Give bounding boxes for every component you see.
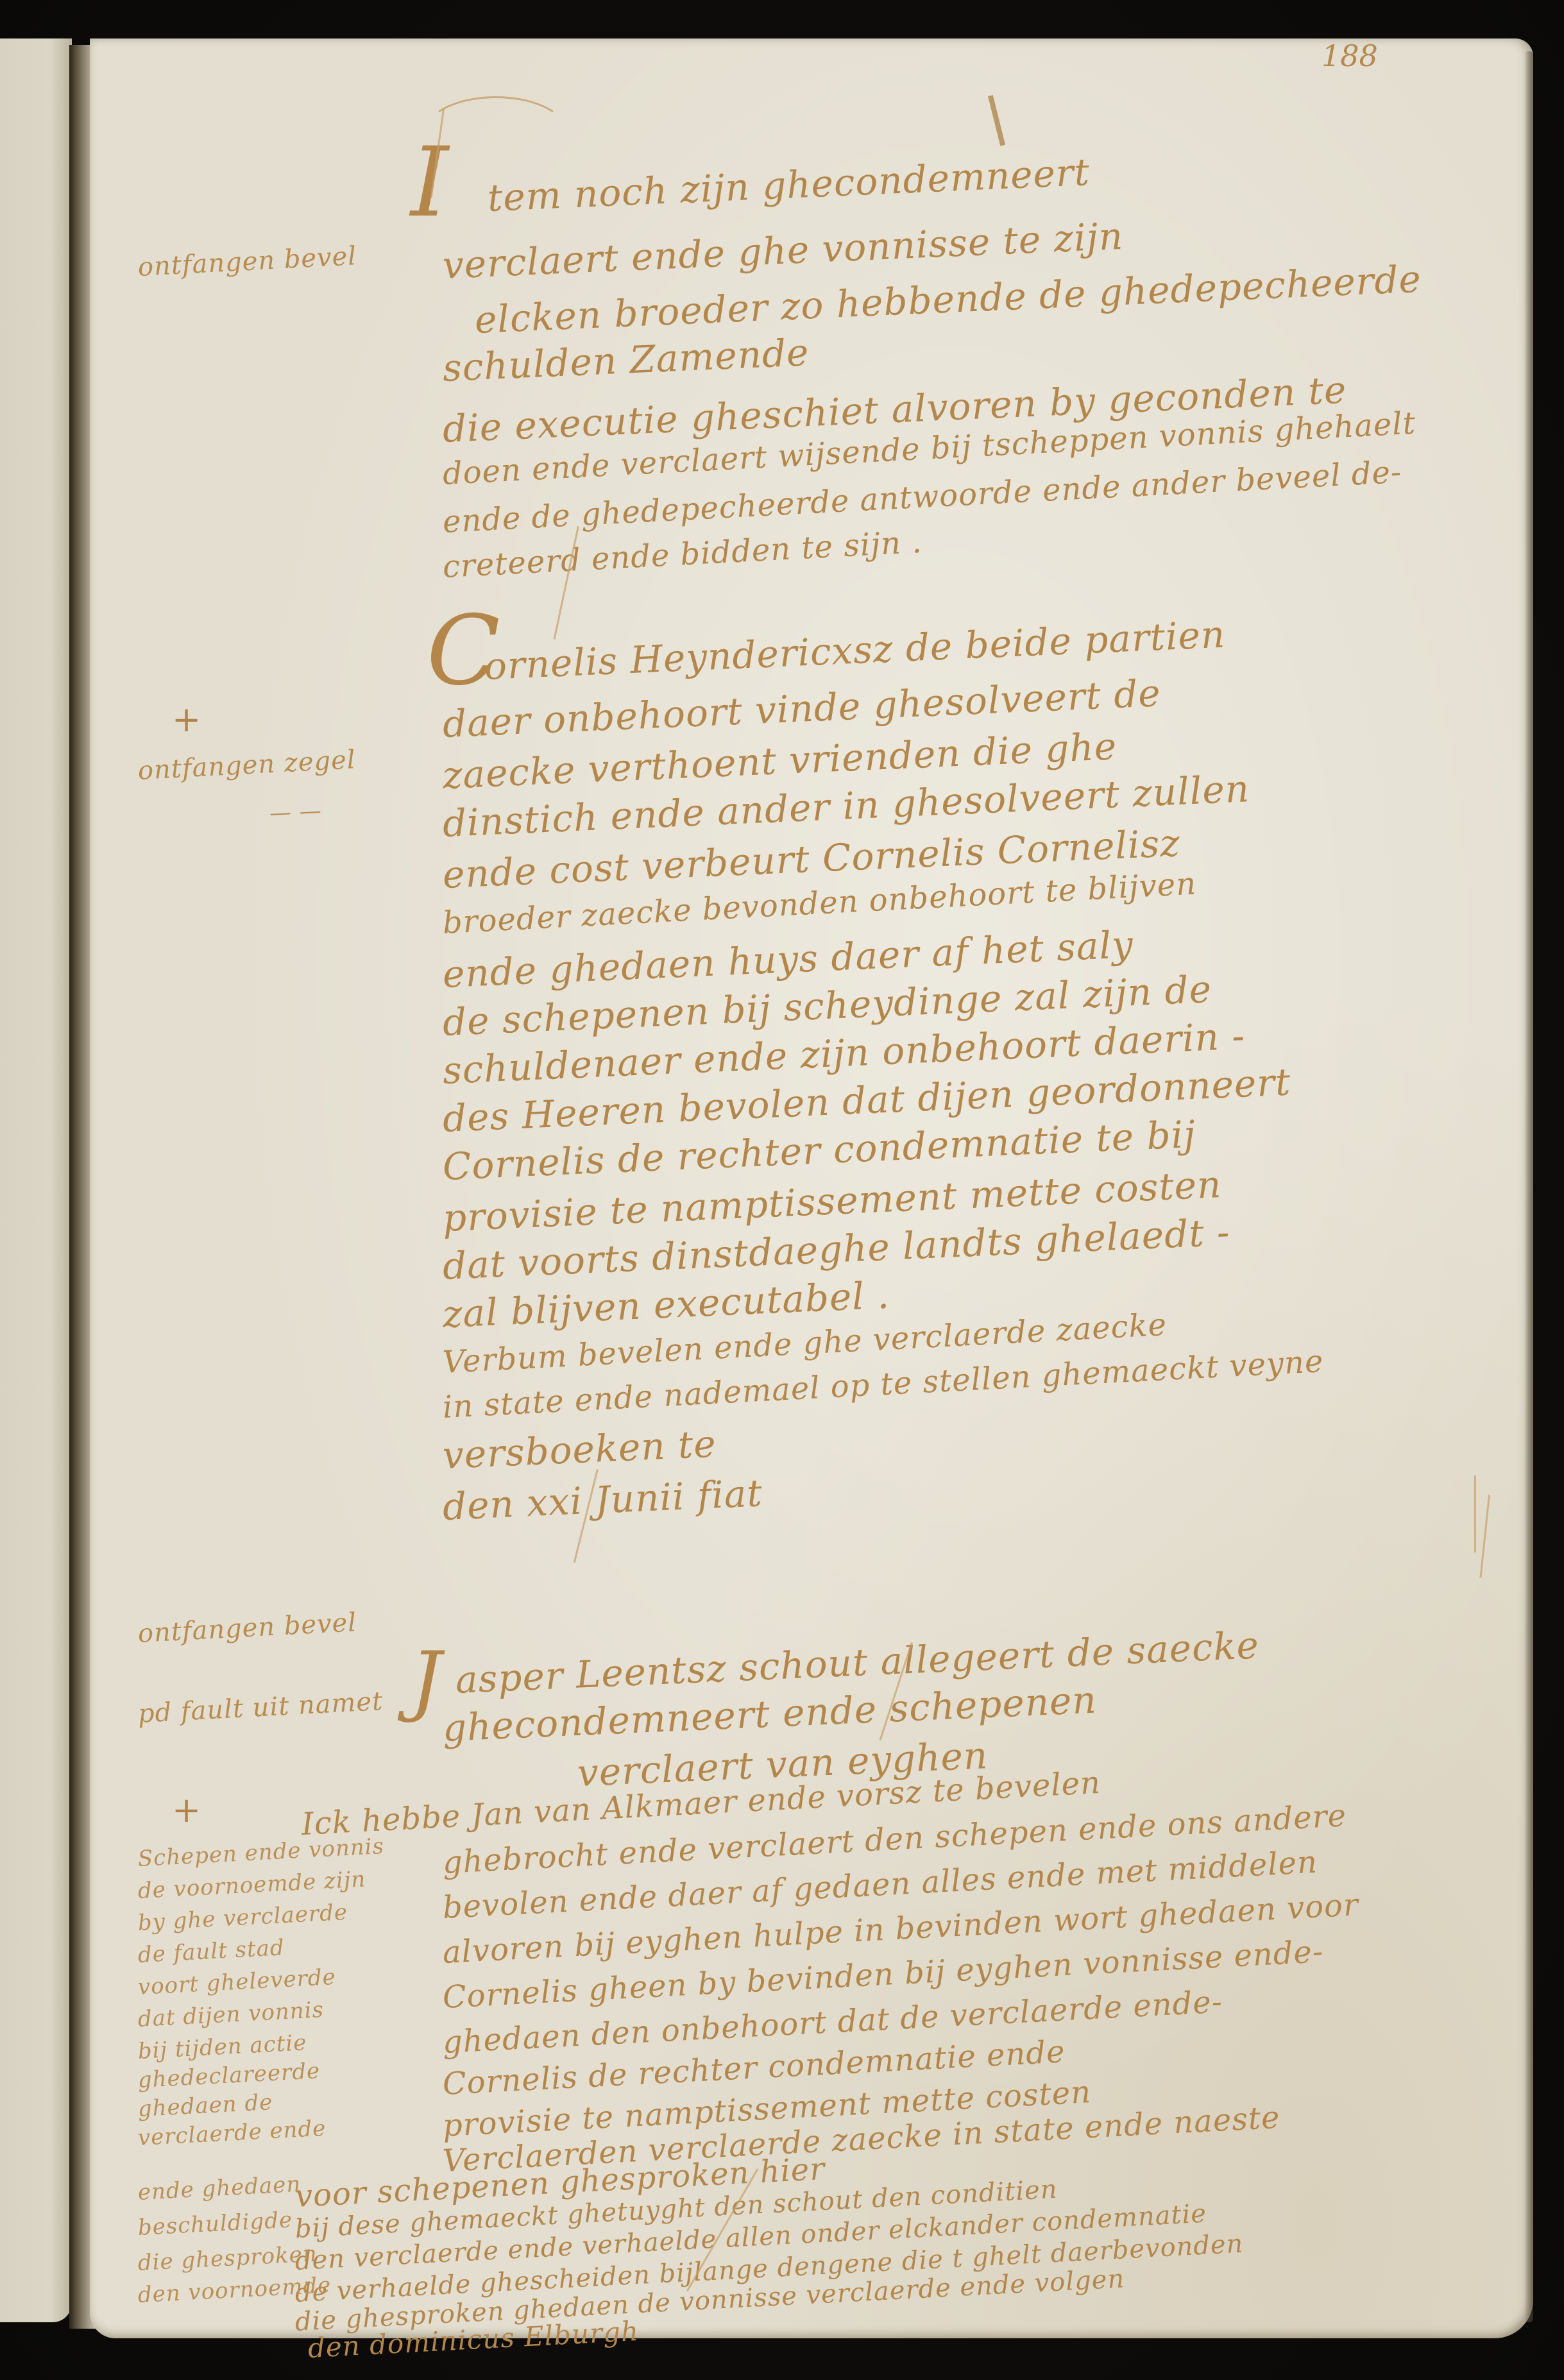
verso-page-edge	[0, 38, 72, 2322]
initial-flourish	[423, 96, 568, 171]
page-edge	[1524, 51, 1533, 2322]
text-line: versboeken te	[442, 1425, 717, 1474]
margin-dash: — —	[269, 799, 323, 826]
cross-mark-icon: +	[172, 1790, 201, 1830]
folio-number: 188	[1322, 38, 1378, 73]
margin-rule-stroke	[1474, 1475, 1476, 1552]
entry-3-initial: J	[411, 1642, 442, 1719]
cross-mark-icon: +	[172, 699, 201, 740]
